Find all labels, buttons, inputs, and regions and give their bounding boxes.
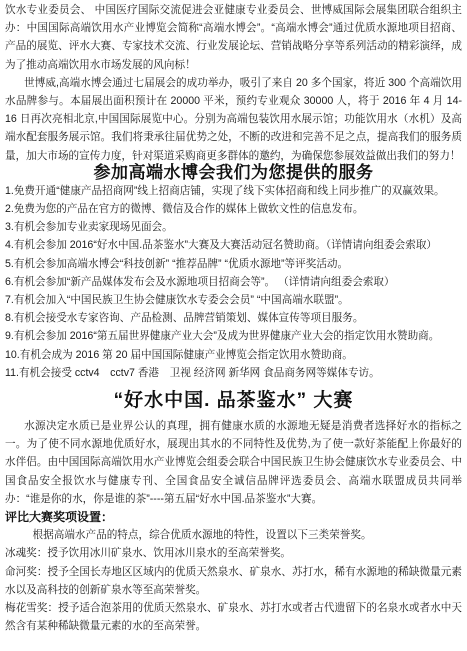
overview-paragraph: 世博威,高端水博会通过七届展会的成功举办，吸引了来自 20 多个国家，将近 30… [5, 74, 462, 165]
service-item: 6.有机会参加“新产品媒体发布会及水源地项目招商会等”。 （详情请向组委会索取） [5, 273, 462, 291]
document-page: 饮水专业委员会、 中国医疗国际交流促进会亚健康专业委员会、世博威国际会展集团联合… [5, 1, 462, 636]
service-item: 1.免费开通“健康产品招商网”线上招商店铺，实现了线下实体招商和线上同步推广的双… [5, 182, 462, 200]
service-item: 8.有机会接受水专家咨询、产品检测、品牌营销策划、媒体宣传等项目服务。 [5, 309, 462, 327]
service-item: 10.有机会成为 2016 第 20 届中国国际健康产业博览会指定饮用水赞助商。 [5, 346, 462, 364]
service-item: 2.免费为您的产品在官方的微博、微信及合作的媒体上做软文性的信息发布。 [5, 200, 462, 218]
service-item: 5.有机会参加高端水博会“科技创新” “推荐品牌” “优质水源地”等评奖活动。 [5, 255, 462, 273]
award-item-ice-soul: 冰魂奖：授予饮用冰川矿泉水、饮用冰川泉水的至高荣誉奖。 [5, 544, 462, 562]
service-item: 11.有机会接受 cctv4 cctv7 香港 卫视 经济网 新华网 食品商务网… [5, 364, 462, 382]
service-item: 3.有机会参加专业卖家现场见面会。 [5, 218, 462, 236]
contest-heading: “好水中国. 品茶鉴水” 大赛 [5, 388, 462, 414]
services-list: 1.免费开通“健康产品招商网”线上招商店铺，实现了线下实体招商和线上同步推广的双… [5, 182, 462, 382]
awards-intro: 根据高端水产品的特点，综合优质水源地的特性，设置以下三类荣誉奖。 [5, 526, 462, 544]
intro-paragraph: 饮水专业委员会、 中国医疗国际交流促进会亚健康专业委员会、世博威国际会展集团联合… [5, 1, 462, 74]
award-item-life-river: 命河奖：授予全国长寿地区区域内的优质天然泉水、矿泉水、苏打水，稀有水源地的稀缺微… [5, 563, 462, 599]
awards-section-heading: 评比大赛奖项设置： [5, 508, 462, 526]
service-item: 7.有机会加入“中国民族卫生协会健康饮水专委会会员” “中国高端水联盟”。 [5, 291, 462, 309]
service-item: 9.有机会参加 2016“第五届世界健康产业大会”及成为世界健康产业大会的指定饮… [5, 327, 462, 345]
service-item: 4.有机会参加 2016“好水中国.品茶鉴水”大赛及大赛活动冠名赞助商。（详情请… [5, 236, 462, 254]
services-heading: 参加高端水博会我们为您提供的服务 [5, 163, 462, 182]
award-item-plum-snow: 梅花雪奖：授予适合泡茶用的优质天然泉水、矿泉水、苏打水或者古代遗留下的名泉水或者… [5, 599, 462, 635]
contest-paragraph: 水源决定水质已是业界公认的真理，拥有健康水质的水源地无疑是消费者选择好水的指标之… [5, 417, 462, 508]
